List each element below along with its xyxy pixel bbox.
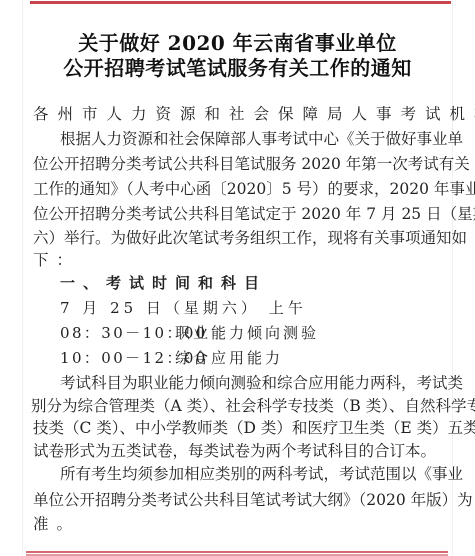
schedule-time: 10：00－12：00 — [60, 348, 175, 368]
paragraph-line: 根据人力资源和社会保障部人事考试中心《关于做好事业单 — [60, 129, 437, 149]
paragraph-line: 单位公开招聘分类考试公共科目笔试考试大纲》（2020 年版）为 — [33, 490, 437, 510]
top-red-rule — [30, 1, 451, 4]
scan-artifact — [22, 0, 23, 556]
section-heading: 一、考试时间和科目 — [60, 273, 464, 293]
paragraph-line: 准。 — [33, 514, 437, 534]
paragraph-line: 六）举行。为做好此次笔试考务组织工作，现将有关事项通知如 — [33, 228, 437, 248]
exam-date-text: 7 月 25 日（星期六） 上午 — [60, 299, 307, 317]
schedule-time: 08：30－10：00 — [60, 323, 175, 343]
schedule-subject: 综合应用能力 — [175, 349, 283, 367]
paragraph-line: 工作的通知》（人考中心函〔2020〕5 号）的要求，2020 年事业单 — [33, 179, 437, 199]
paragraph-line: 试卷形式为五类试卷，每类试卷为两个考试科目的合订本。 — [33, 441, 401, 461]
paragraph-line: 别分为综合管理类（A 类）、社会科学专技类（B 类）、自然科学专 — [31, 396, 437, 416]
schedule-subject: 职业能力倾向测验 — [175, 324, 319, 342]
document-title-line-1: 关于做好 2020 年云南省事业单位 — [0, 31, 475, 55]
paragraph-line: 位公开招聘分类考试公共科目笔试定于 2020 年 7 月 25 日（星期 — [33, 204, 437, 224]
paragraph-line: 位公开招聘分类考试公共科目笔试服务 2020 年第一次考试有关 — [33, 154, 437, 174]
paragraph-line: 所有考生均须参加相应类别的两科考试，考试范围以《事业 — [60, 464, 437, 484]
schedule-row: 10：00－12：00综合应用能力 — [60, 348, 283, 368]
exam-date: 7 月 25 日（星期六） 上午 — [60, 298, 307, 318]
paragraph-line: 下： — [33, 250, 437, 270]
paragraph-line: 考试科目为职业能力倾向测验和综合应用能力两科，考试类 — [60, 373, 437, 393]
salutation: 各州市人力资源和社会保障局人事考试机构： — [33, 104, 437, 124]
schedule-row: 08：30－10：00职业能力倾向测验 — [60, 323, 319, 343]
document-title-line-2: 公开招聘考试笔试服务有关工作的通知 — [0, 56, 475, 80]
bottom-red-rule — [26, 551, 448, 553]
paragraph-line: 技类（C 类）、中小学教师类（D 类）和医疗卫生类（E 类）五类。 — [33, 418, 437, 438]
